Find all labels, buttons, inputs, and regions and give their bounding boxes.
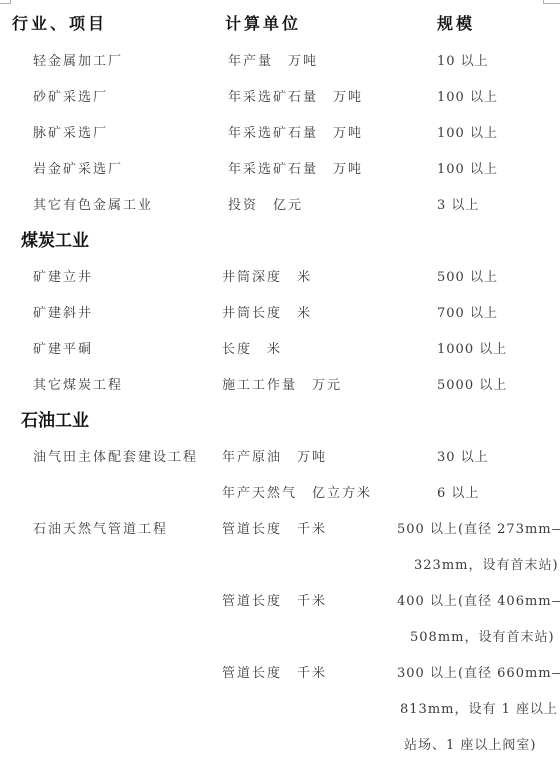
section-title-petroleum: 石油工业 xyxy=(21,411,89,431)
row-unit: 管道长度 千米 xyxy=(222,666,327,682)
row-item: 其它有色金属工业 xyxy=(33,198,153,214)
row-scale: 100 以上 xyxy=(437,126,498,142)
row-item: 轻金属加工厂 xyxy=(33,54,123,70)
crop-mark-top-right xyxy=(543,0,560,4)
crop-mark-top-left xyxy=(0,0,11,4)
row-scale-line: 站场、1 座以上阀室) xyxy=(404,738,536,754)
row-item: 矿建立井 xyxy=(33,270,93,286)
row-scale: 3 以上 xyxy=(437,198,479,214)
row-scale: 10 以上 xyxy=(437,54,489,70)
row-unit: 施工工作量 万元 xyxy=(222,378,342,394)
row-item: 砂矿采选厂 xyxy=(33,90,108,106)
row-item: 岩金矿采选厂 xyxy=(33,162,123,178)
row-scale-line: 508mm，设有首末站) xyxy=(410,630,555,646)
row-unit: 年采选矿石量 万吨 xyxy=(228,90,363,106)
row-scale: 5000 以上 xyxy=(437,378,507,394)
row-unit: 年采选矿石量 万吨 xyxy=(228,126,363,142)
section-title-coal: 煤炭工业 xyxy=(21,231,89,251)
row-unit: 年产天然气 亿立方米 xyxy=(222,486,372,502)
row-scale: 700 以上 xyxy=(437,306,498,322)
row-unit: 年采选矿石量 万吨 xyxy=(228,162,363,178)
row-unit: 长度 米 xyxy=(222,342,282,358)
row-scale: 1000 以上 xyxy=(437,342,507,358)
row-item: 矿建平硐 xyxy=(33,342,93,358)
row-scale-line: 500 以上(直径 273mm— xyxy=(397,522,560,538)
row-unit: 管道长度 千米 xyxy=(222,594,327,610)
row-scale-line: 300 以上(直径 660mm— xyxy=(397,666,560,682)
row-scale: 30 以上 xyxy=(437,450,489,466)
row-scale-line: 323mm，设有首末站) xyxy=(414,558,559,574)
row-scale: 100 以上 xyxy=(437,90,498,106)
row-scale: 500 以上 xyxy=(437,270,498,286)
row-item: 油气田主体配套建设工程 xyxy=(33,450,198,466)
row-item: 脉矿采选厂 xyxy=(33,126,108,142)
row-scale-line: 400 以上(直径 406mm— xyxy=(397,594,560,610)
row-item: 矿建斜井 xyxy=(33,306,93,322)
row-unit: 井筒深度 米 xyxy=(222,270,312,286)
row-unit: 年产原油 万吨 xyxy=(222,450,327,466)
row-scale: 100 以上 xyxy=(437,162,498,178)
row-scale: 6 以上 xyxy=(437,486,479,502)
row-unit: 投资 亿元 xyxy=(228,198,303,214)
row-unit: 管道长度 千米 xyxy=(222,522,327,538)
column-header-industry: 行业、项目 xyxy=(12,14,107,34)
row-scale-line: 813mm，设有 1 座以上 xyxy=(400,702,558,718)
row-item: 其它煤炭工程 xyxy=(33,378,123,394)
row-unit: 井筒长度 米 xyxy=(222,306,312,322)
row-item: 石油天然气管道工程 xyxy=(33,522,168,538)
column-header-scale: 规模 xyxy=(437,14,475,34)
column-header-unit: 计算单位 xyxy=(225,14,301,34)
row-unit: 年产量 万吨 xyxy=(228,54,318,70)
